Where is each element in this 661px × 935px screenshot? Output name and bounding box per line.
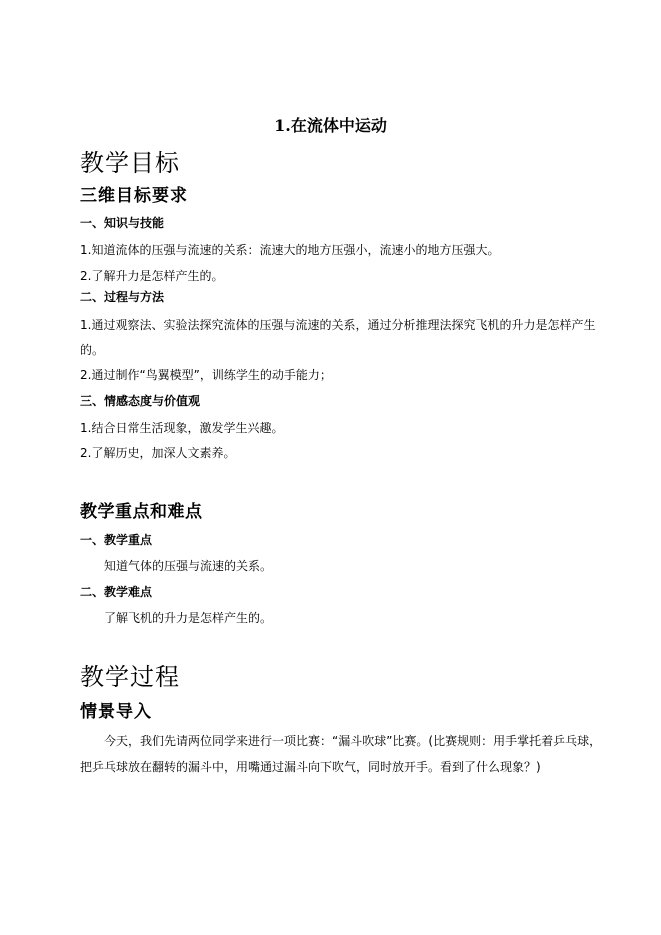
document-page: 1.在流体中运动 教学目标 三维目标要求 一、知识与技能 1.知道流体的压强与流… (0, 0, 661, 935)
process-item-1: 1.通过观察法、实验法探究流体的压强与流速的关系，通过分析推理法探究飞机的升力是… (80, 316, 595, 333)
process-methods-label: 二、过程与方法 (80, 288, 164, 305)
teaching-process-heading: 教学过程 (80, 657, 180, 692)
attitudes-values-label: 三、情感态度与价值观 (80, 392, 200, 409)
knowledge-item-1: 1.知道流体的压强与流速的关系：流速大的地方压强小，流速小的地方压强大。 (80, 241, 499, 258)
knowledge-item-2: 2.了解升力是怎样产生的。 (80, 267, 223, 284)
document-title: 1.在流体中运动 (0, 113, 661, 136)
process-item-2: 2.通过制作“鸟翼模型”，训练学生的动手能力； (80, 366, 332, 383)
key-point-text: 知道气体的压强与流速的关系。 (104, 557, 272, 574)
knowledge-skills-label: 一、知识与技能 (80, 214, 164, 231)
attitudes-item-2: 2.了解历史，加深人文素养。 (80, 444, 235, 461)
difficult-point-text: 了解飞机的升力是怎样产生的。 (104, 609, 272, 626)
key-points-heading: 教学重点和难点 (80, 497, 203, 522)
key-point-label: 一、教学重点 (80, 531, 152, 548)
scenario-intro-heading: 情景导入 (80, 697, 152, 722)
difficult-point-label: 二、教学难点 (80, 583, 152, 600)
objectives-heading: 教学目标 (80, 143, 180, 178)
process-item-1-cont: 的。 (80, 341, 104, 358)
objectives-subheading: 三维目标要求 (80, 181, 188, 206)
scenario-paragraph-line-2: 把乒乓球放在翻转的漏斗中，用嘴通过漏斗向下吹气，同时放开手。看到了什么现象？) (80, 758, 541, 775)
attitudes-item-1: 1.结合日常生活现象，激发学生兴趣。 (80, 419, 283, 436)
scenario-paragraph-line-1: 今天，我们先请两位同学来进行一项比赛：“漏斗吹球”比赛。(比赛规则：用手掌托着乒… (104, 732, 601, 749)
